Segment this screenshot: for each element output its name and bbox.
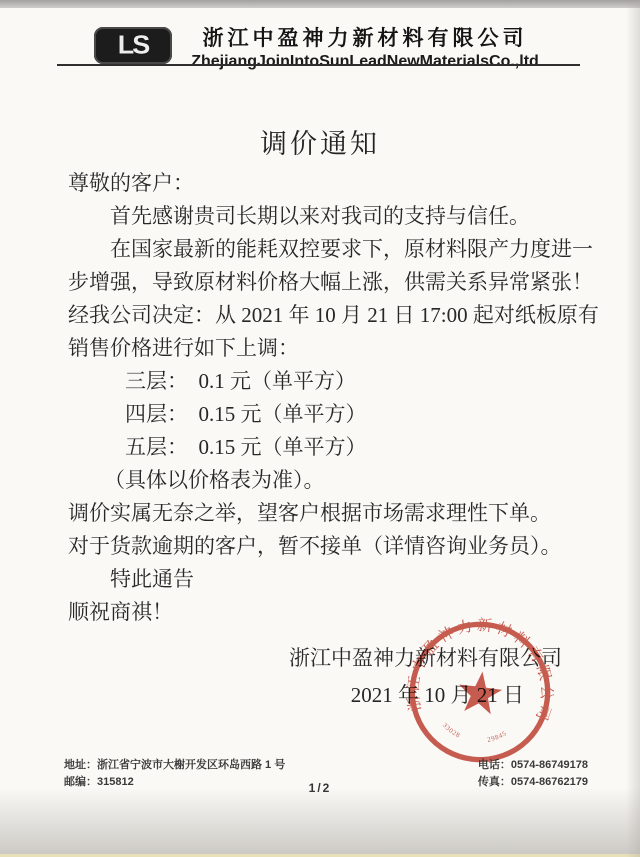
logo-ls-monogram: LS xyxy=(118,33,149,59)
scan-edge-bottom xyxy=(0,787,640,857)
body-line: 在国家最新的能耗双控要求下，原材料限产力度进一 xyxy=(68,233,600,266)
letterhead: LS 浙江中盈神力新材料有限公司 ZhejiangJoinIntoSunLead… xyxy=(0,24,640,66)
scan-edge-top xyxy=(0,0,640,8)
scanned-page: LS 浙江中盈神力新材料有限公司 ZhejiangJoinIntoSunLead… xyxy=(0,0,640,857)
seal-code-right: 29845 xyxy=(486,728,509,746)
body-line: 尊敬的客户： xyxy=(68,167,600,200)
header-divider xyxy=(57,64,580,66)
footer-phone: 电话：0574-86749178 xyxy=(478,757,588,774)
company-name-en: ZhejiangJoinIntoSunLeadNewMaterialsCo.,l… xyxy=(150,53,580,71)
body-line: 五层： 0.15 元（单平方） xyxy=(68,431,600,464)
body-line: 四层： 0.15 元（单平方） xyxy=(68,398,600,431)
body-line: 首先感谢贵司长期以来对我司的支持与信任。 xyxy=(68,200,600,233)
seal-star-icon xyxy=(456,669,504,715)
company-name-cn: 浙江中盈神力新材料有限公司 xyxy=(150,22,580,52)
body-line: 步增强，导致原材料价格大幅上涨，供需关系异常紧张！ xyxy=(68,266,600,299)
company-seal-stamp: 浙江中盈神力新材料有限公司 33028 29845 xyxy=(395,607,564,776)
seal-code-left: 33028 xyxy=(440,721,463,739)
body-line: 调价实属无奈之举，望客户根据市场需求理性下单。 xyxy=(68,497,600,530)
scan-edge-right xyxy=(626,0,640,857)
body-line: 三层： 0.1 元（单平方） xyxy=(68,365,600,398)
document-title: 调价通知 xyxy=(0,122,640,161)
seal-ring-text: 浙江中盈神力新材料有限公司 xyxy=(402,609,563,730)
notice-body: 尊敬的客户：首先感谢贵司长期以来对我司的支持与信任。在国家最新的能耗双控要求下，… xyxy=(68,167,600,629)
body-line: 特此通告 xyxy=(68,563,600,596)
body-line: 对于货款逾期的客户，暂不接单（详情咨询业务员）。 xyxy=(68,530,600,563)
body-line: （具体以价格表为准）。 xyxy=(68,464,600,497)
footer-address: 地址：浙江省宁波市大榭开发区环岛西路 1 号 xyxy=(64,757,285,774)
body-line: 经我公司决定：从 2021 年 10 月 21 日 17:00 起对纸板原有 xyxy=(68,299,600,332)
body-line: 销售价格进行如下上调： xyxy=(68,332,600,365)
